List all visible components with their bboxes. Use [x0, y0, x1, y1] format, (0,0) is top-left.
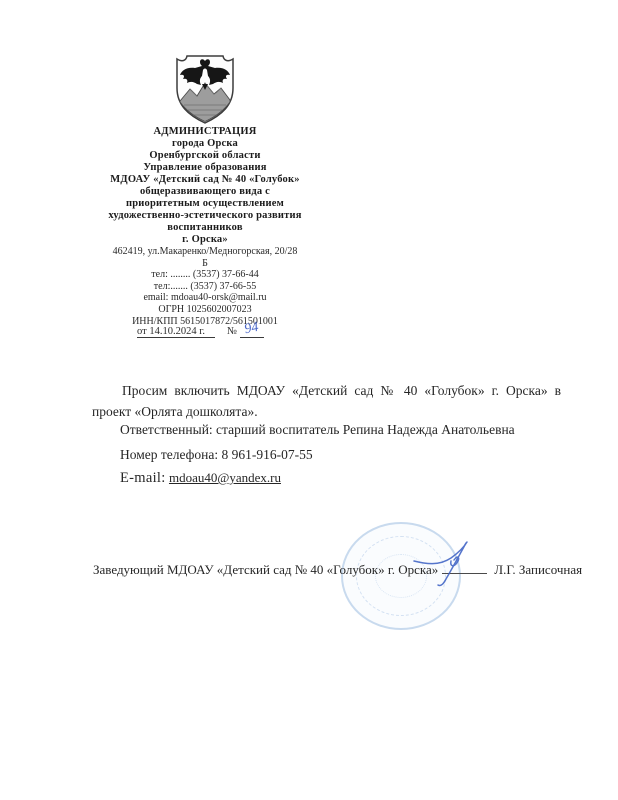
phone-number-line: Номер телефона: 8 961-916-07-55 — [120, 447, 313, 463]
address-line: Б — [98, 258, 312, 270]
signer-title: Заведующий МДОАУ «Детский сад № 40 «Голу… — [93, 562, 438, 577]
signer-name: Л.Г. Записочная — [494, 562, 582, 577]
orsk-coat-of-arms-icon — [172, 53, 238, 127]
org-line: общеразвивающего вида с — [98, 186, 312, 198]
request-paragraph: Просим включить МДОАУ «Детский сад № 40 … — [92, 381, 561, 422]
email-line: email: mdoau40-orsk@mail.ru — [98, 292, 312, 304]
org-line: АДМИНИСТРАЦИЯ — [98, 126, 312, 138]
scanned-letter-page: АДМИНИСТРАЦИЯ города Орска Оренбургской … — [0, 0, 618, 800]
letter-number-slot: 94 — [240, 326, 264, 338]
number-sign: № — [227, 326, 237, 337]
date-number-line: от 14.10.2024 г.№ 94 — [137, 326, 264, 338]
ogrn-line: ОГРН 1025602007023 — [98, 304, 312, 316]
responsible-line: Ответственный: старший воспитатель Репин… — [120, 422, 515, 438]
email-address: mdoau40@yandex.ru — [169, 470, 281, 485]
org-line: воспитанников — [98, 222, 312, 234]
org-line: города Орска — [98, 138, 312, 150]
signature-line: Заведующий МДОАУ «Детский сад № 40 «Голу… — [93, 562, 582, 578]
email-line: E-mail: mdoau40@yandex.ru — [120, 470, 281, 486]
letterhead-block: АДМИНИСТРАЦИЯ города Орска Оренбургской … — [98, 126, 312, 327]
org-line: Управление образования — [98, 162, 312, 174]
signature-stroke — [403, 530, 475, 592]
email-label: E-mail: — [120, 470, 166, 486]
org-line: МДОАУ «Детский сад № 40 «Голубок» — [98, 174, 312, 186]
address-line: 462419, ул.Макаренко/Медногорская, 20/28 — [98, 246, 312, 258]
letter-date: от 14.10.2024 г. — [137, 326, 215, 338]
org-line: Оренбургской области — [98, 150, 312, 162]
phone-line: тел:....... (3537) 37-66-55 — [98, 281, 312, 293]
phone-line: тел: ........ (3537) 37-66-44 — [98, 269, 312, 281]
org-line: приоритетным осуществлением — [98, 198, 312, 210]
org-line: г. Орска» — [98, 234, 312, 246]
org-line: художественно-эстетического развития — [98, 210, 312, 222]
handwritten-number: 94 — [243, 323, 259, 336]
